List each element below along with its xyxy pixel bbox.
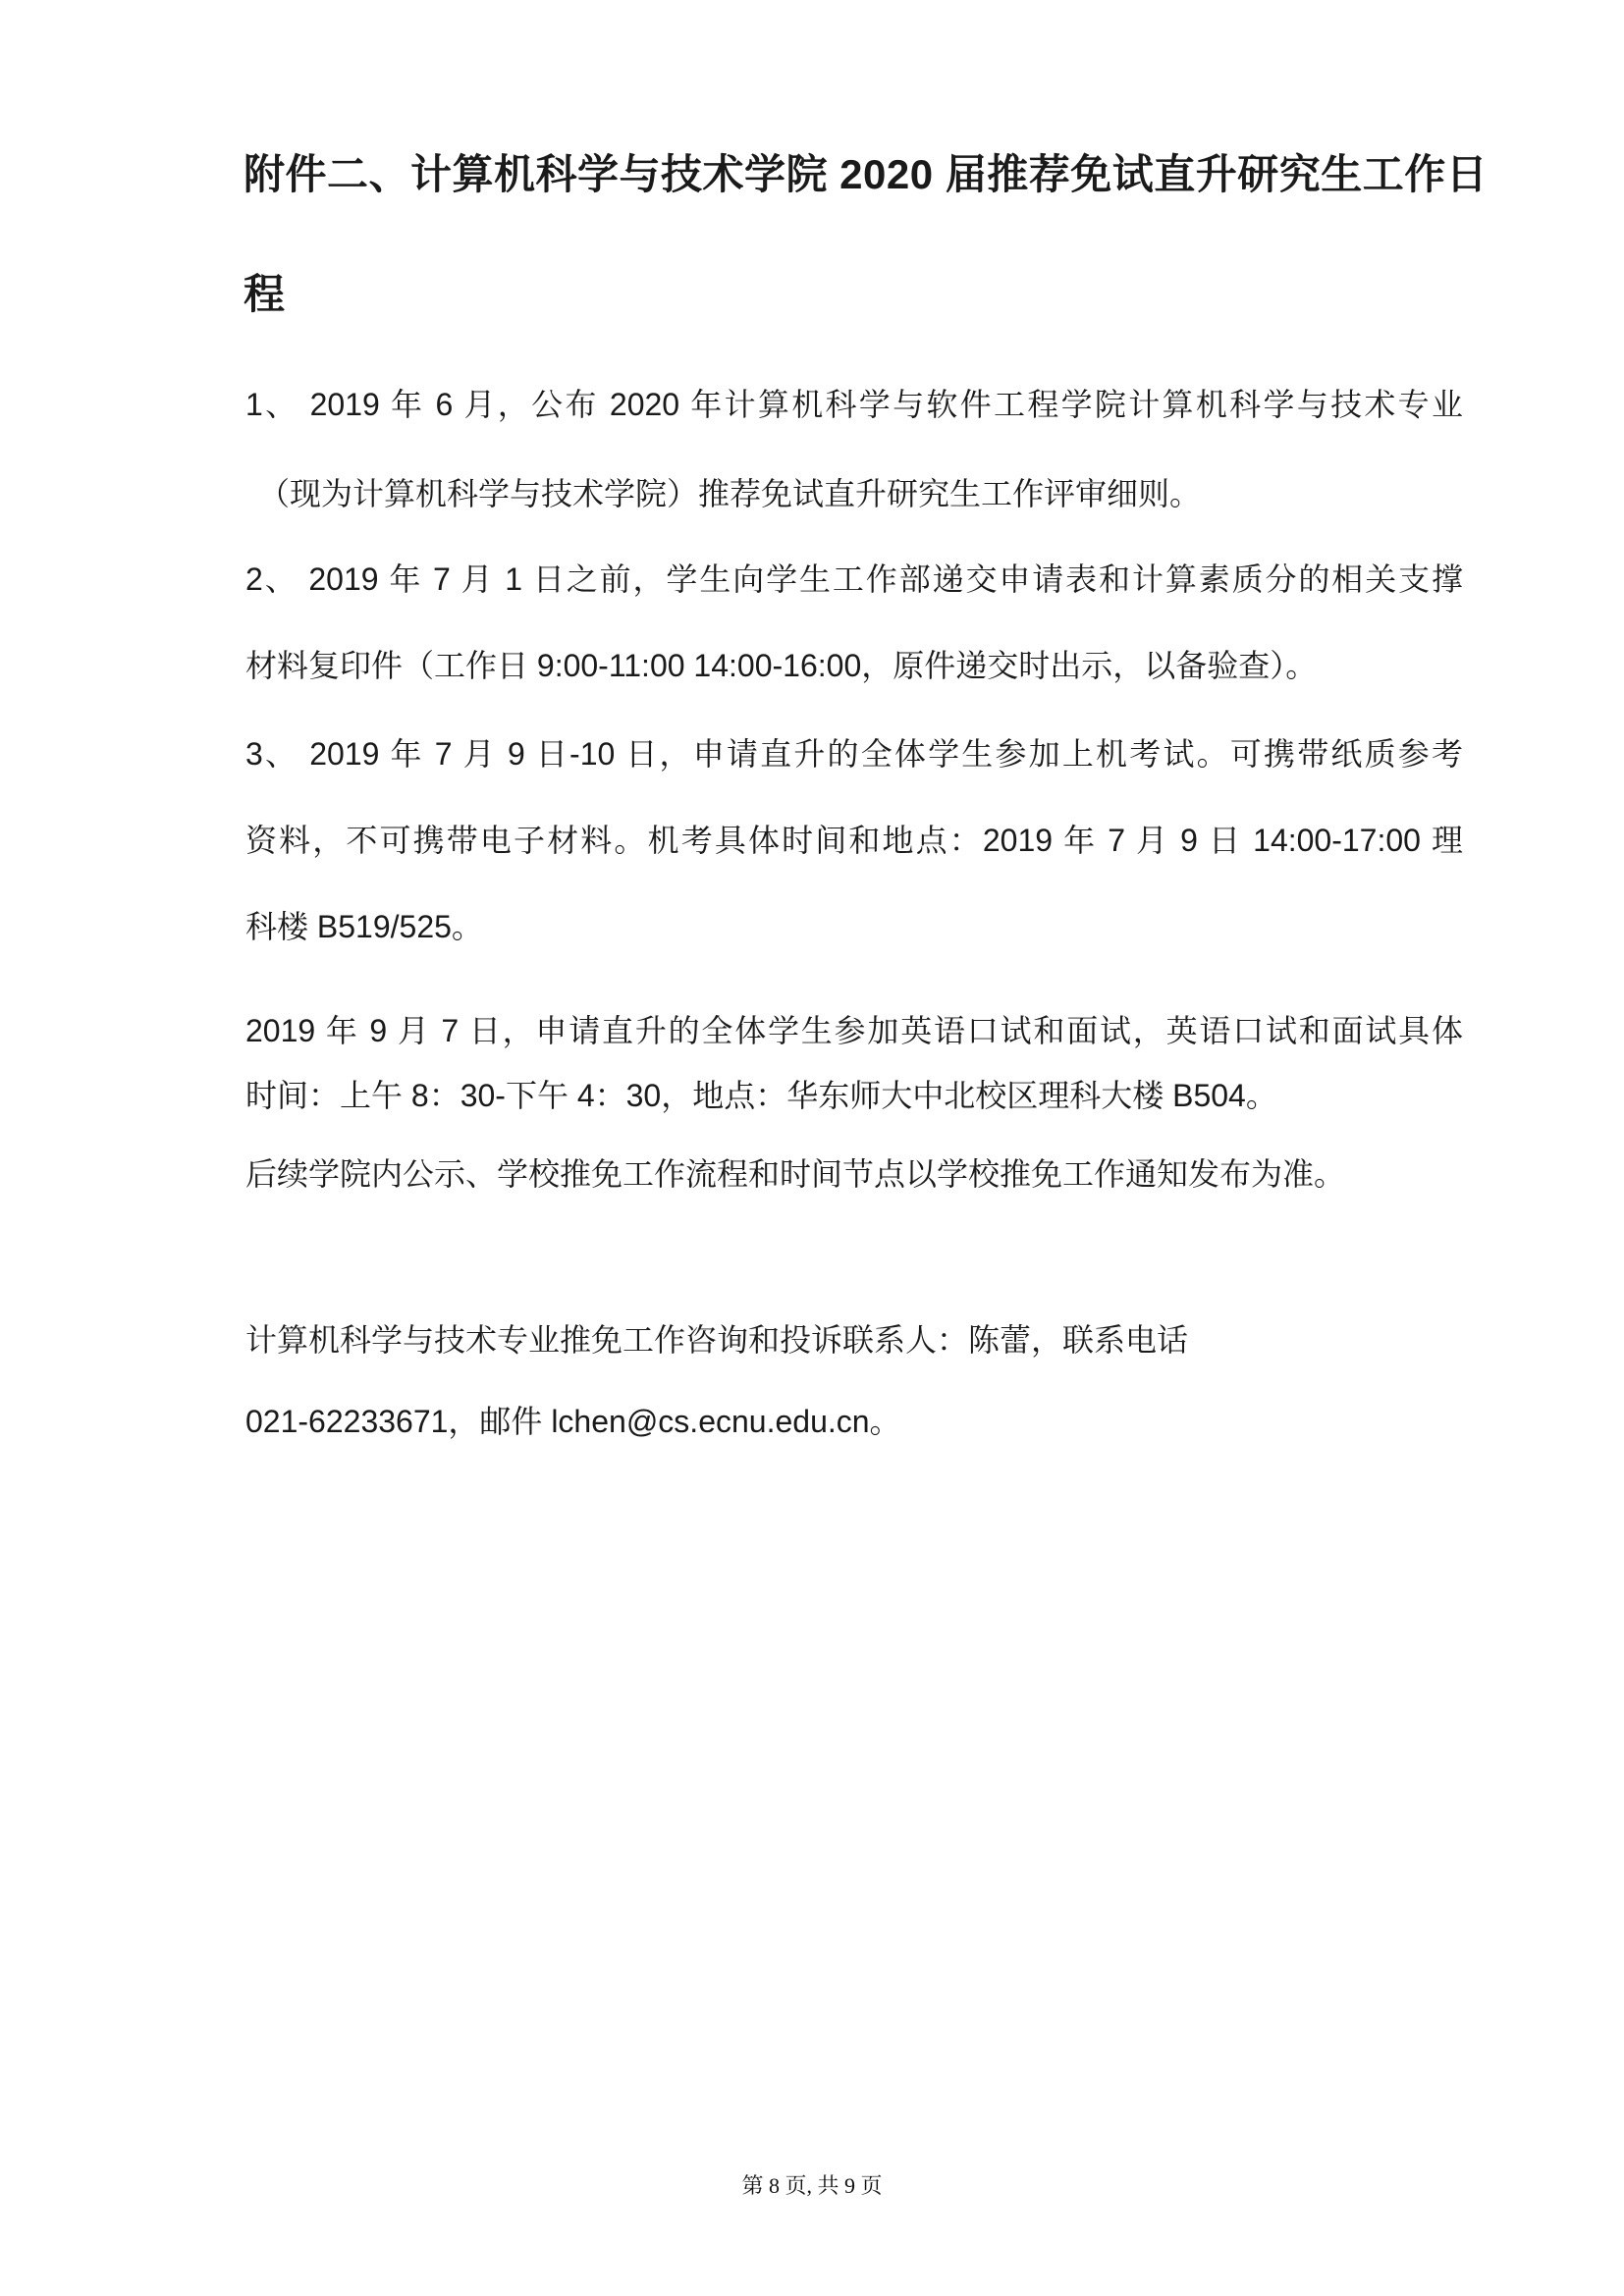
body-line-1: 1、 2019 年 6 月，公布 2020 年计算机科学与软件工程学院计算机科学…	[245, 383, 1463, 426]
body-line-3: 2、 2019 年 7 月 1 日之前，学生向学生工作部递交申请表和计算素质分的…	[245, 558, 1463, 601]
body-line-11: 计算机科学与技术专业推免工作咨询和投诉联系人：陈蕾，联系电话	[245, 1318, 1188, 1362]
page-title-line-1: 附件二、计算机科学与技术学院 2020 届推荐免试直升研究生工作日	[244, 147, 1488, 202]
page-title-line-2: 程	[244, 267, 286, 322]
body-line-4: 材料复印件（工作日 9:00-11:00 14:00-16:00，原件递交时出示…	[245, 644, 1317, 687]
body-line-8: 2019 年 9 月 7 日，申请直升的全体学生参加英语口试和面试，英语口试和面…	[245, 1009, 1463, 1052]
body-line-7: 科楼 B519/525。	[245, 905, 483, 948]
body-line-10: 后续学院内公示、学校推免工作流程和时间节点以学校推免工作通知发布为准。	[245, 1152, 1345, 1196]
body-line-6: 资料，不可携带电子材料。机考具体时间和地点：2019 年 7 月 9 日 14:…	[245, 819, 1463, 862]
body-line-2: （现为计算机科学与技术学院）推荐免试直升研究生工作评审细则。	[258, 472, 1201, 515]
document-page: 附件二、计算机科学与技术学院 2020 届推荐免试直升研究生工作日 程 1、 2…	[0, 0, 1624, 2296]
body-line-5: 3、 2019 年 7 月 9 日-10 日，申请直升的全体学生参加上机考试。可…	[245, 732, 1463, 775]
body-line-12: 021-62233671，邮件 lchen@cs.ecnu.edu.cn。	[245, 1400, 901, 1443]
page-number-footer: 第 8 页, 共 9 页	[0, 2169, 1624, 2203]
body-line-9: 时间：上午 8：30-下午 4：30，地点：华东师大中北校区理科大楼 B504。	[245, 1074, 1277, 1117]
